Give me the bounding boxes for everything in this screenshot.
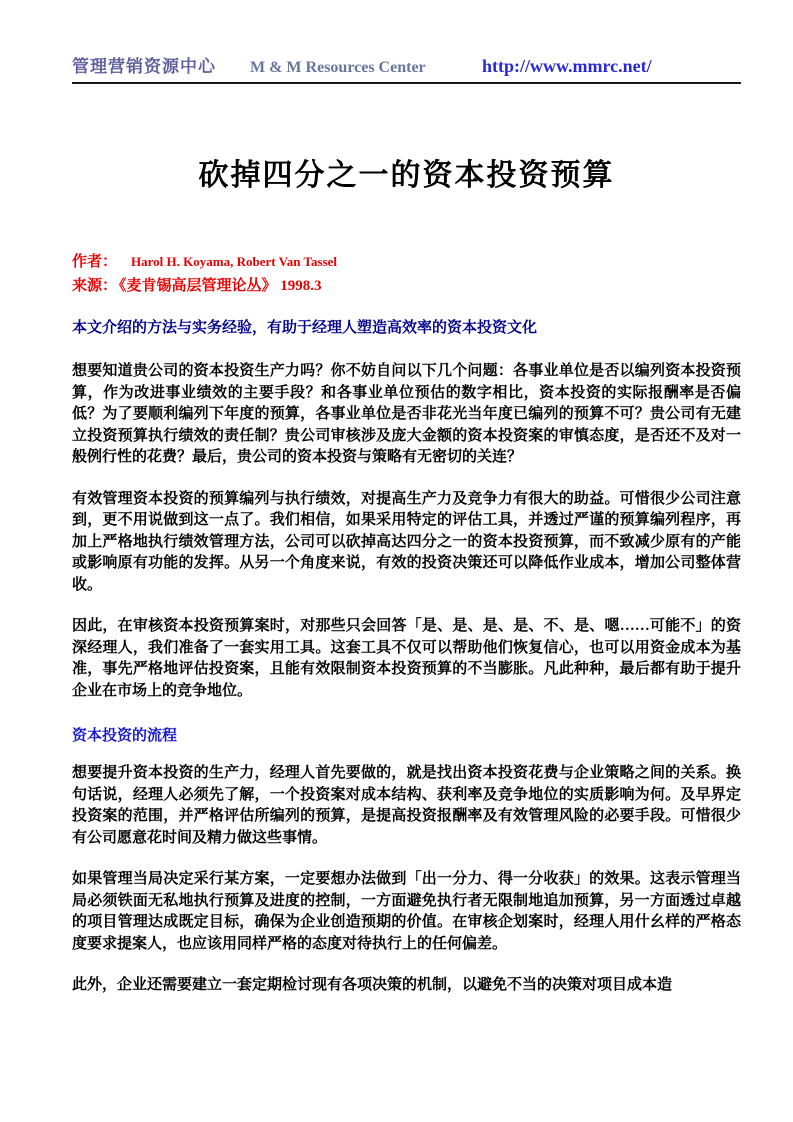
body-paragraph: 想要知道贵公司的资本投资生产力吗？你不妨自问以下几个问题：各事业单位是否以编列资… xyxy=(72,361,741,469)
brand-name-english: M & M Resources Center xyxy=(250,59,482,77)
document-page: 管理营销资源中心 M & M Resources Center http://w… xyxy=(0,0,793,1122)
body-paragraph: 此外，企业还需要建立一套定期检讨现有各项决策的机制，以避免不当的决策对项目成本造 xyxy=(72,975,741,997)
body-paragraph: 如果管理当局决定采行某方案，一定要想办法做到「出一分力、得一分收获」的效果。这表… xyxy=(72,869,741,955)
author-label: 作者： xyxy=(72,254,117,270)
body-paragraph: 因此，在审核资本投资预算案时，对那些只会回答「是、是、是、是、不、是、嗯……可能… xyxy=(72,616,741,702)
article-title: 砍掉四分之一的资本投资预算 xyxy=(72,150,741,194)
section-heading: 资本投资的流程 xyxy=(72,724,741,745)
body-paragraph: 想要提升资本投资的生产力，经理人首先要做的，就是找出资本投资花费与企业策略之间的… xyxy=(72,763,741,849)
site-header: 管理营销资源中心 M & M Resources Center http://w… xyxy=(72,52,741,84)
author-line: 作者：Harol H. Koyama, Robert Van Tassel xyxy=(72,250,741,274)
lead-paragraph: 本文介绍的方法与实务经验，有助于经理人塑造高效率的资本投资文化 xyxy=(72,318,741,339)
source-value: 《麦肯锡高层管理论丛》 1998.3 xyxy=(119,278,322,294)
brand-name-chinese: 管理营销资源中心 xyxy=(72,52,250,77)
source-label: 来源： xyxy=(72,278,117,294)
source-line: 来源：《麦肯锡高层管理论丛》 1998.3 xyxy=(72,274,741,298)
body-paragraph: 有效管理资本投资的预算编列与执行绩效，对提高生产力及竞争力有很大的助益。可惜很少… xyxy=(72,489,741,597)
article-meta: 作者：Harol H. Koyama, Robert Van Tassel 来源… xyxy=(72,250,741,298)
site-url-link[interactable]: http://www.mmrc.net/ xyxy=(482,56,652,77)
article-body: 想要知道贵公司的资本投资生产力吗？你不妨自问以下几个问题：各事业单位是否以编列资… xyxy=(72,361,741,997)
author-value: Harol H. Koyama, Robert Van Tassel xyxy=(131,254,337,269)
